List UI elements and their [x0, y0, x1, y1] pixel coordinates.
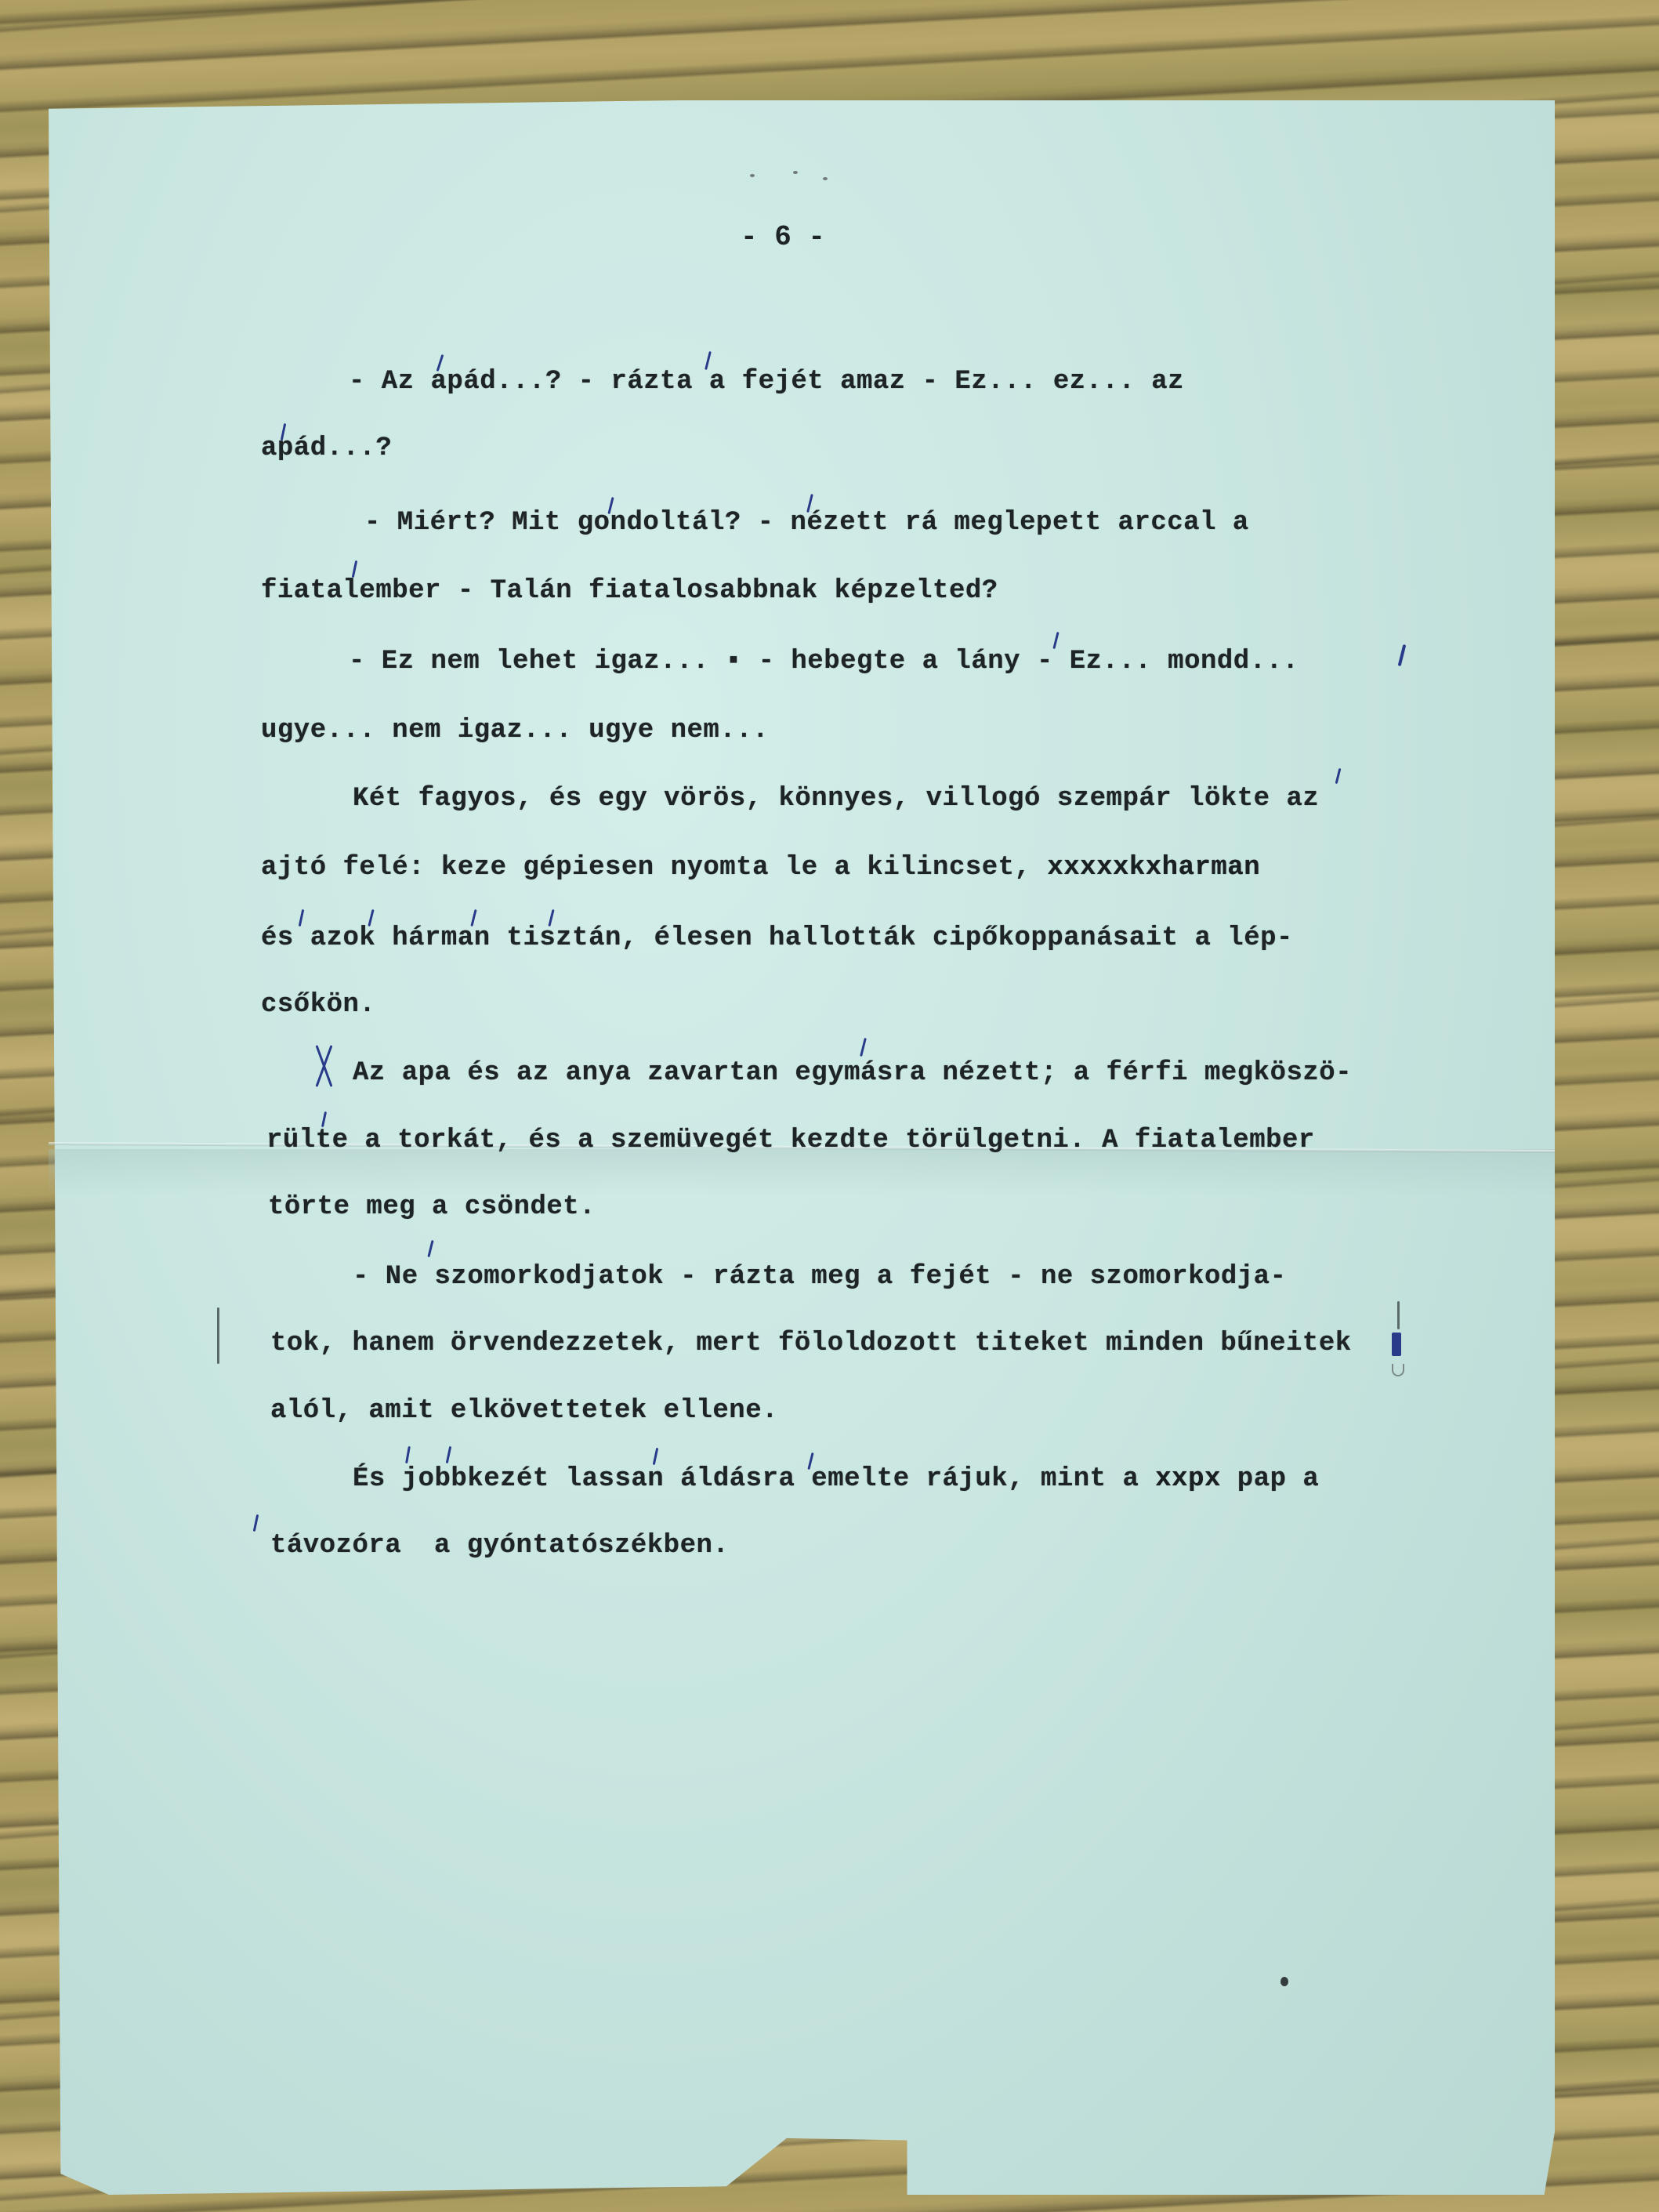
text-line-18: távozóra a gyóntatószékben. [270, 1532, 729, 1559]
text-line-16: alól, amit elkövettetek ellene. [270, 1398, 778, 1424]
ink-speck [750, 174, 755, 177]
text-line-3: - Miért? Mit gondoltál? - nézett rá megl… [364, 509, 1249, 536]
ink-speck [823, 177, 828, 180]
text-line-17-tail: pap a [1221, 1464, 1319, 1494]
ink-dot [1280, 1977, 1288, 1986]
text-line-8-body: ajtó felé: keze gépiesen nyomta le a kil… [261, 853, 1047, 883]
struck-out-word: xxpx [1155, 1466, 1221, 1492]
pencil-correction-mark [1397, 1301, 1400, 1329]
text-line-17: És jobbkezét lassan áldásra emelte rájuk… [353, 1466, 1319, 1492]
text-line-11: Az apa és az anya zavartan egymásra néze… [353, 1060, 1352, 1086]
text-line-9: és azok hárman tisztán, élesen hallották… [261, 925, 1293, 952]
text-line-14: - Ne szomorkodjatok - rázta meg a fejét … [353, 1264, 1287, 1290]
text-line-6: ugye... nem igaz... ugye nem... [261, 717, 769, 744]
paper-fold-shadow [49, 1149, 1555, 1196]
text-line-17-body: És jobbkezét lassan áldásra emelte rájuk… [353, 1464, 1155, 1494]
text-line-12: rülte a torkát, és a szemüvegét kezdte t… [266, 1127, 1315, 1154]
text-line-5: - Ez nem lehet igaz... ▪ - hebegte a lán… [349, 648, 1299, 675]
ink-speck [793, 171, 798, 174]
text-line-13: törte meg a csöndet. [268, 1194, 596, 1220]
page-number: - 6 - [741, 221, 825, 253]
text-line-4: fiatalember - Talán fiatalosabbnak képze… [261, 578, 998, 604]
text-line-15: tok, hanem örvendezzetek, mert föloldozo… [270, 1330, 1352, 1357]
pen-letter-correction [1392, 1333, 1401, 1356]
struck-out-word: xxxxxkxharman [1047, 854, 1260, 881]
text-line-8: ajtó felé: keze gépiesen nyomta le a kil… [261, 854, 1260, 881]
text-line-7: Két fagyos, és egy vörös, könnyes, villo… [353, 785, 1319, 812]
pencil-correction-loop [1392, 1364, 1404, 1376]
text-line-10: csőkön. [261, 992, 375, 1018]
pencil-margin-mark [217, 1307, 219, 1364]
text-line-1: - Az apád...? - rázta a fejét amaz - Ez.… [349, 368, 1184, 395]
